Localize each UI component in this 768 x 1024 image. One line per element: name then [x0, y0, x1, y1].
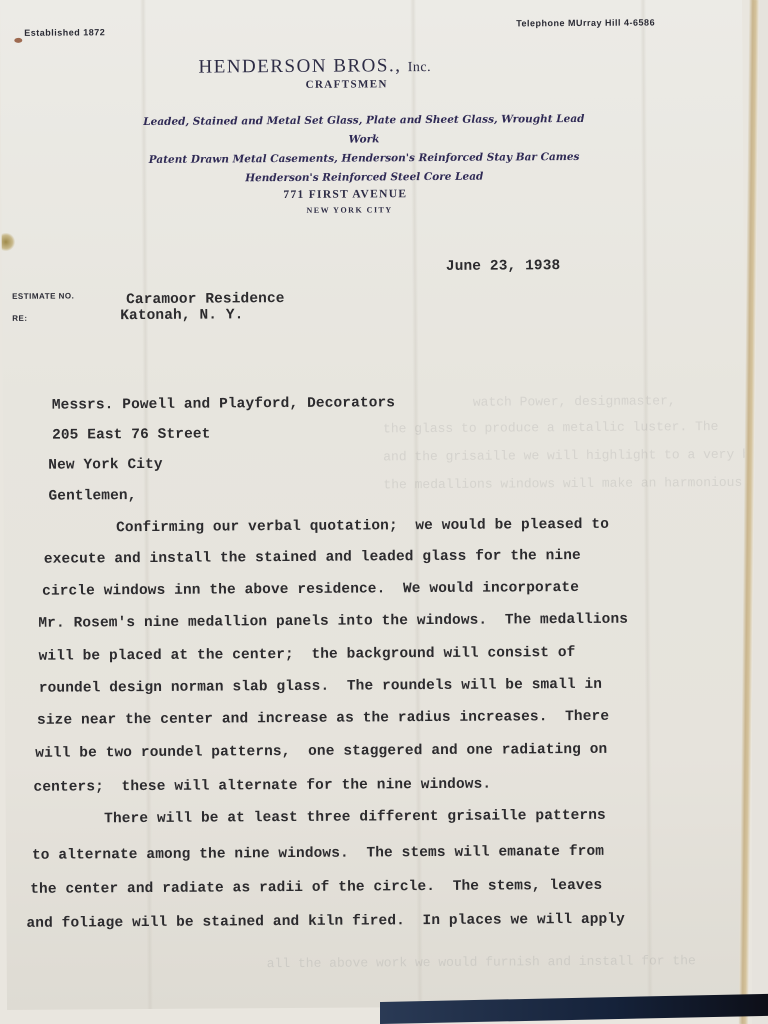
letter-date: June 23, 1938	[446, 258, 561, 275]
estimate-label: ESTIMATE NO.	[12, 291, 74, 300]
services-line: Patent Drawn Metal Casements, Henderson'…	[129, 148, 599, 170]
body-line: circle windows inn the above residence. …	[42, 580, 579, 600]
body-line: will be two roundel patterns, one stagge…	[35, 742, 607, 762]
body-line: will be placed at the center; the backgr…	[39, 645, 576, 665]
body-line: Mr. Rosem's nine medallion panels into t…	[38, 612, 628, 632]
body-line: There will be at least three different g…	[34, 808, 606, 828]
company-street: 771 FIRST AVENUE	[283, 188, 407, 201]
body-line: to alternate among the nine windows. The…	[32, 844, 604, 864]
company-tagline: CRAFTSMEN	[306, 78, 388, 91]
company-suffix: Inc.	[408, 60, 431, 75]
letter-page: Established 1872 Telephone MUrray Hill 4…	[0, 0, 749, 1010]
body-line: Confirming our verbal quotation; we woul…	[46, 517, 609, 537]
company-city: NEW YORK CITY	[306, 205, 392, 215]
re-line-2: Katonah, N. Y.	[120, 307, 243, 324]
paper-fold	[640, 0, 653, 1006]
re-line-1: Caramoor Residence	[126, 291, 285, 308]
services-line: Henderson's Reinforced Steel Core Lead	[129, 167, 599, 189]
services-line: Leaded, Stained and Metal Set Glass, Pla…	[129, 110, 599, 151]
bleed-through-text: the medallions windows will make an harm…	[383, 474, 768, 492]
punch-hole	[2, 233, 16, 251]
body-line: execute and install the stained and lead…	[44, 548, 581, 568]
body-line: size near the center and increase as the…	[37, 709, 609, 729]
recipient-line-2: 205 East 76 Street	[52, 427, 211, 444]
body-line: centers; these will alternate for the ni…	[33, 777, 491, 796]
ink-stain	[14, 38, 22, 43]
re-label: RE:	[12, 314, 27, 323]
bleed-through-text: all the above work we would furnish and …	[267, 953, 696, 971]
body-line: and foliage will be stained and kiln fir…	[26, 912, 625, 932]
established-text: Established 1872	[24, 27, 105, 38]
services-list: Leaded, Stained and Metal Set Glass, Pla…	[129, 110, 600, 189]
telephone-text: Telephone MUrray Hill 4-6586	[516, 17, 655, 28]
company-name: HENDERSON BROS., Inc.	[198, 55, 431, 79]
body-line: roundel design norman slab glass. The ro…	[39, 677, 602, 697]
bleed-through-text: watch Power, designmaster,	[473, 393, 676, 409]
recipient-line-1: Messrs. Powell and Playford, Decorators	[52, 395, 395, 413]
company-name-main: HENDERSON BROS.,	[198, 55, 401, 77]
bleed-through-text: and the grisaille we will highlight to a…	[383, 447, 768, 465]
recipient-line-3: New York City	[48, 457, 163, 474]
salutation: Gentlemen,	[48, 488, 136, 505]
body-line: the center and radiate as radii of the c…	[30, 878, 602, 898]
bleed-through-text: the glass to produce a metallic luster. …	[383, 419, 719, 436]
